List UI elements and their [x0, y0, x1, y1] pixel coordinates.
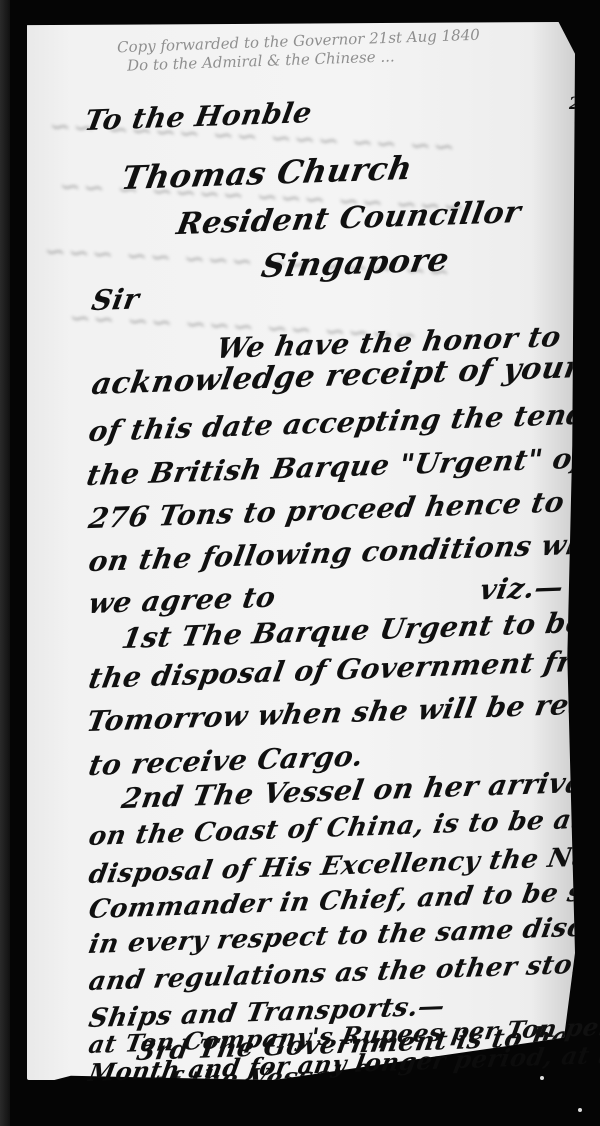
address-line-4: Singapore [259, 240, 453, 285]
page-number: 213 [569, 94, 600, 114]
body-line-6: on the following conditions which [86, 526, 600, 578]
body-line-3: of this date accepting the tender of [86, 395, 600, 448]
salutation: Sir [89, 282, 142, 317]
body-line-4: the British Barque "Urgent" of [84, 442, 587, 493]
body-line-10: Tomorrow when she will be ready [84, 686, 600, 738]
adjacent-page-edge [0, 0, 10, 1126]
body-line-5: 276 Tons to proceed hence to China [86, 482, 600, 535]
film-speck [578, 1108, 582, 1112]
letter-page: ~~ ~~ ~~~ ~~ ~~~~ ~~ ~~~ ~~ ~~~ ~~~~ ~ ~… [27, 22, 575, 1080]
film-speck [540, 1076, 544, 1080]
